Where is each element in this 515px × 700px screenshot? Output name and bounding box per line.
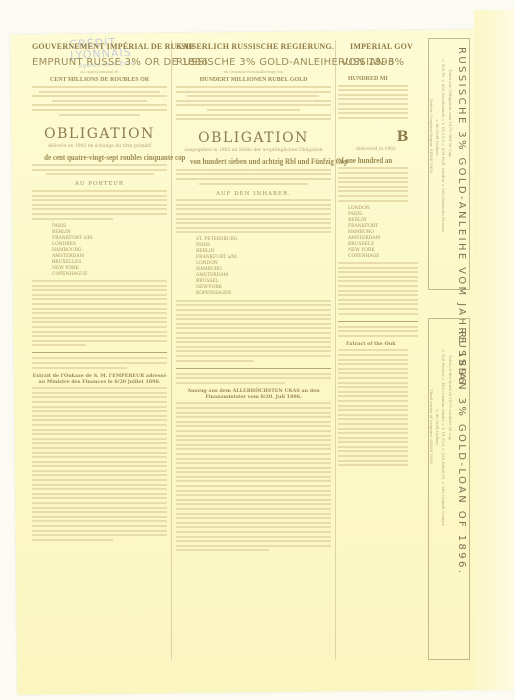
- german-amount: von hundert sieben und achtzig Rbl und F…: [190, 156, 317, 166]
- german-column: KAISERLICH RUSSISCHE REGIERUNG. RUSSISCH…: [176, 42, 331, 554]
- english-column: IMPERIAL GOV RUSSIAN 3% HUNDRED MI B del…: [338, 42, 438, 469]
- english-talon-value: = 500 Francs = 405 German Marks = £ 19.1…: [441, 349, 446, 526]
- english-talon-dollars: = 96 Gold Dollars.: [435, 409, 440, 447]
- french-capital: CENT MILLIONS DE ROUBLES OR: [32, 77, 167, 83]
- english-talon-subtitle: Talon of the Bond of 187½ roubles 50 cop…: [448, 355, 453, 441]
- english-talon: RUSSIAN 3% GOLD-LOAN OF 1896. Talon of t…: [428, 318, 470, 660]
- french-paying-agents: PARIS BERLIN FRANKFORT s/M. LONDRES HAMB…: [52, 224, 167, 278]
- french-bearer-text: [32, 190, 167, 220]
- english-conversion-text: [338, 326, 418, 337]
- french-ukase-text: [32, 387, 167, 541]
- german-loan-title: RUSSISCHE 3% GOLD-ANLEIHE VON 1896: [176, 57, 331, 68]
- english-talon-title: RUSSIAN 3% GOLD-LOAN OF 1896.: [456, 331, 467, 575]
- english-obligation-subtitle: delivered in 1902: [356, 147, 438, 152]
- german-talon-series: Dritter Coupons-Bogen: SERIE 1955: [429, 99, 434, 173]
- french-bearer-heading: AU PORTEUR: [32, 181, 167, 187]
- german-talon-value: = 500 Fr. = 405 Reichsmark = £ 19.15.6 =…: [441, 59, 446, 232]
- german-bearer-text: [176, 199, 331, 233]
- folded-edge: [474, 10, 515, 690]
- german-ukase-text: [176, 402, 331, 551]
- french-obligation-title: OBLIGATION: [32, 126, 167, 142]
- german-conversion-text: [176, 373, 331, 384]
- german-talon: RUSSISCHE 3% GOLD-ANLEIHE VOM JAHRE 1896…: [428, 38, 470, 290]
- english-amount: of one hundred an: [338, 155, 420, 165]
- german-talon-dollars: = 96 Gold Dollars.: [435, 119, 440, 157]
- french-denomination-text: [32, 164, 167, 175]
- english-obligation-title: B: [338, 129, 410, 145]
- french-obligation-subtitle: délivrée en 1902 en échange du titre pri…: [32, 144, 167, 149]
- german-preamble-text: [176, 86, 331, 120]
- german-paying-agents: ST. PETERSBURG PARIS BERLIN FRANKFURT a/…: [196, 237, 331, 297]
- english-ukase-text: [338, 349, 408, 466]
- paying-city: COPENHAGUE: [52, 272, 167, 278]
- paying-city: KOPENHAGEN: [196, 291, 331, 297]
- section-rule: [176, 368, 331, 369]
- french-government-heading: GOUVERNEMENT IMPÉRIAL DE RUSSIE: [32, 42, 167, 51]
- german-obligation-title: OBLIGATION: [176, 130, 331, 146]
- english-paying-agents: LONDON PARIS BERLIN FRANKFORT HAMBURG AM…: [348, 206, 438, 260]
- german-talon-subtitle: Talon zur Obligation vom 187½ Rbl 50 Cop…: [448, 69, 453, 158]
- german-terms-text: [176, 300, 331, 362]
- german-obligation-subtitle: ausgegeben in 1902 an Stelle der ursprün…: [176, 148, 331, 153]
- french-amount: de cent quatre-vingt-sept roubles cinqua…: [44, 152, 155, 162]
- english-capital: HUNDRED MI: [348, 76, 438, 82]
- german-bearer-heading: AUF DEN INHABER.: [176, 191, 331, 197]
- english-preamble-text: [338, 85, 408, 119]
- column-divider: [335, 40, 336, 660]
- english-redemption-text: [338, 262, 418, 315]
- german-ukase-heading: Auszug aus dem ALLERHÖCHSTEN UKAS an den…: [176, 388, 331, 400]
- english-loan-title: RUSSIAN 3%: [338, 57, 438, 68]
- french-ukase-heading: Extrait de l'Oukaze de S. M. l'EMPEREUR …: [32, 373, 167, 385]
- french-preamble-text: [32, 86, 167, 116]
- german-government-heading: KAISERLICH RUSSISCHE REGIERUNG.: [176, 42, 331, 51]
- french-capital-intro: au capital nominal de: [32, 70, 167, 74]
- english-government-heading: IMPERIAL GOV: [350, 42, 438, 51]
- french-terms-text: [32, 280, 167, 346]
- english-terms-text: [338, 167, 408, 201]
- german-capital: HUNDERT MILLIONEN RUBEL GOLD: [176, 77, 331, 83]
- german-capital-intro: im Gesammt-Nominalbetrage von: [176, 70, 331, 74]
- french-column: GOUVERNEMENT IMPÉRIAL DE RUSSIE EMPRUNT …: [32, 42, 167, 543]
- column-divider: [171, 40, 172, 660]
- french-conversion-text: [32, 357, 167, 368]
- french-loan-title: EMPRUNT RUSSE 3% OR DE 1896: [32, 57, 167, 68]
- section-rule: [32, 352, 167, 353]
- english-ukase-heading: Extract of the Ouk: [346, 341, 438, 347]
- paying-city: COPENHAGE: [348, 254, 438, 260]
- english-talon-series: Third series of coupons: SERIE 1955: [429, 389, 434, 464]
- german-denomination-text: [176, 169, 331, 185]
- section-rule: [338, 321, 418, 322]
